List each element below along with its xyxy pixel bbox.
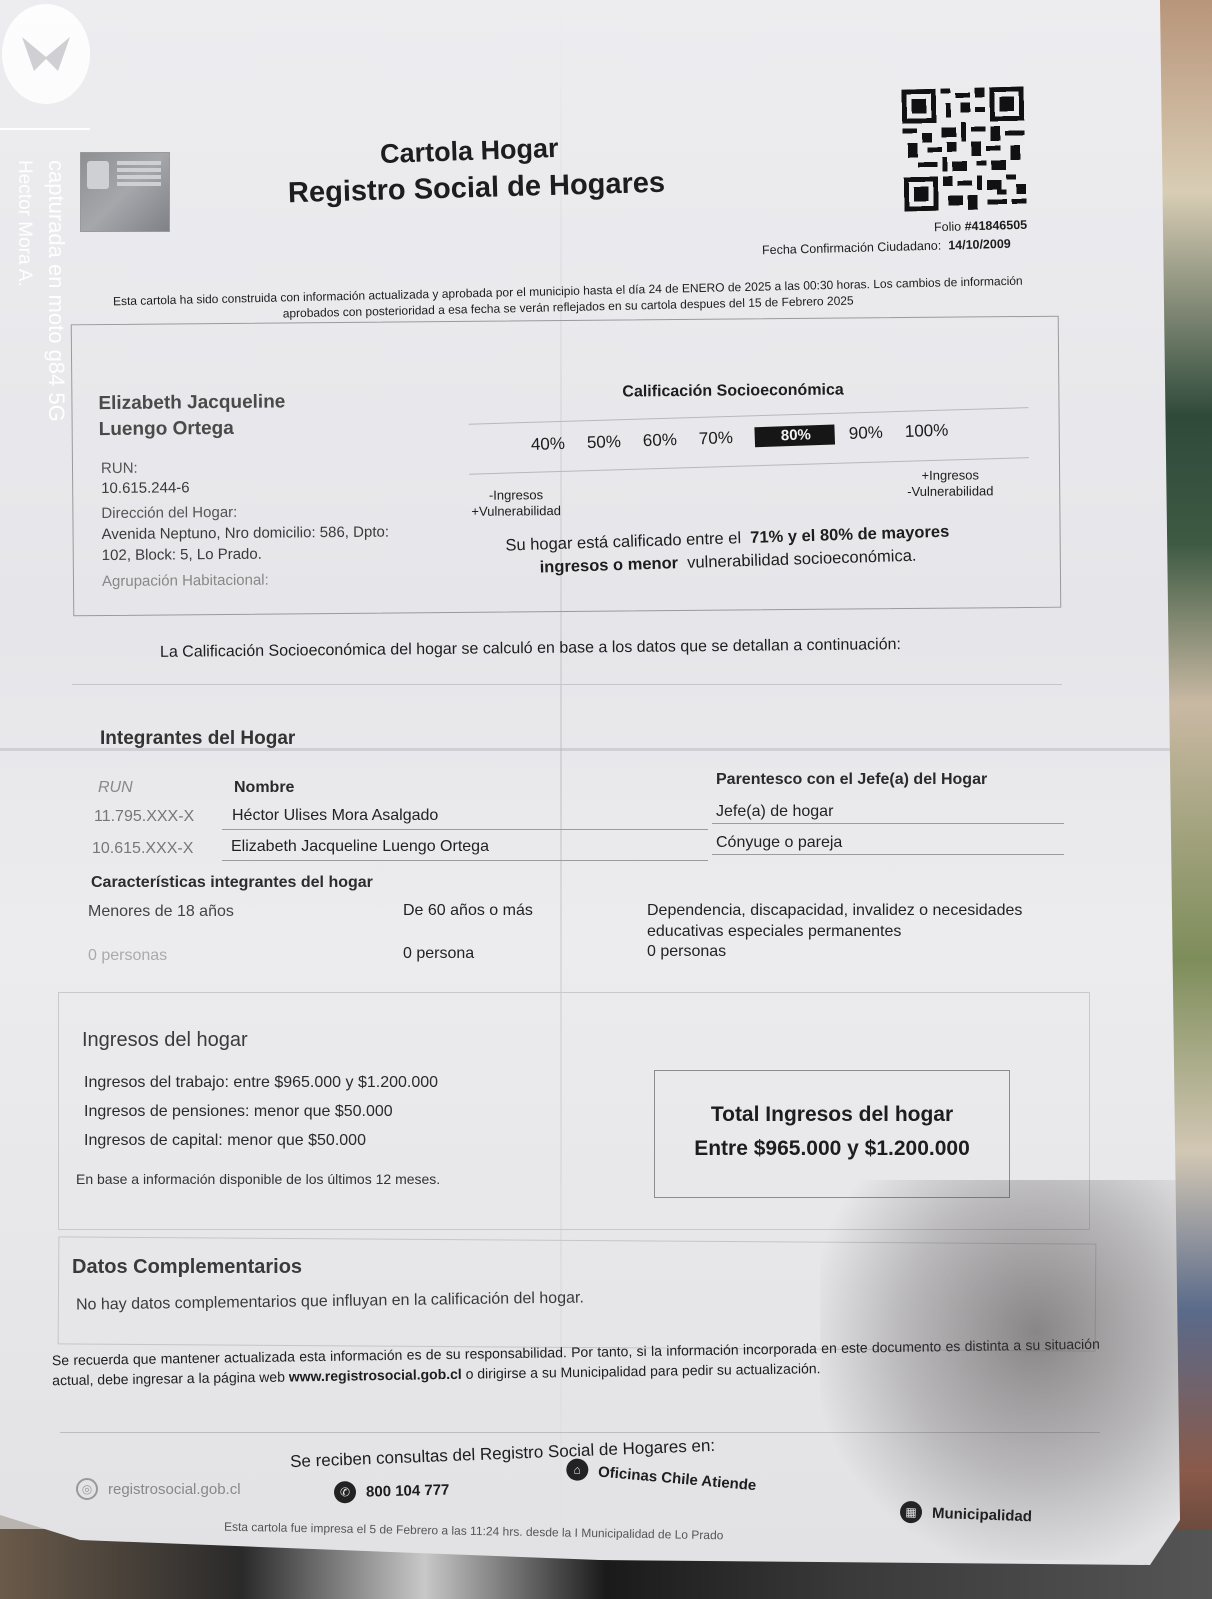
run-value: 10.615.244-6 [101,479,190,497]
calificacion-scale: 40%50%60%70%80%90%100% [531,420,971,455]
ingreso-capital: Ingresos de capital: menor que $50.000 [84,1132,366,1150]
scale-left-label: -Ingresos +Vulnerabilidad [471,487,561,520]
caracteristicas-title: Características integrantes del hogar [91,874,373,892]
divider [712,854,1064,855]
address-line-2: 102, Block: 5, Lo Prado. [102,546,262,564]
total-ingresos-title: Total Ingresos del hogar [655,1103,1009,1127]
office-icon: ⌂ [565,1458,589,1482]
ingresos-title: Ingresos del hogar [82,1029,248,1052]
address-line-1: Avenida Neptuno, Nro domicilio: 586, Dpt… [102,524,390,544]
scale-right-label: +Ingresos -Vulnerabilidad [907,467,994,500]
header-parentesco: Parentesco con el Jefe(a) del Hogar [716,771,987,789]
row-run: 11.795.XXX-X [94,808,194,826]
ministry-logo [80,152,170,232]
website-link[interactable]: www.registrosocial.gob.cl [289,1366,462,1385]
total-ingresos-box: Total Ingresos del hogar Entre $965.000 … [654,1070,1010,1198]
mayores-label: De 60 años o más [403,902,533,920]
document-title: Cartola Hogar [380,133,560,170]
confirmation-date: Fecha Confirmación Ciudadano: 14/10/2009 [762,237,1011,258]
row-nombre: Héctor Ulises Mora Asalgado [232,807,438,825]
divider [222,860,708,861]
household-summary: Elizabeth Jacqueline Luengo Ortega RUN: … [71,316,1062,617]
header-nombre: Nombre [234,779,294,797]
header-run: RUN [98,779,133,797]
fecha-label: Fecha Confirmación Ciudadano: [762,239,942,258]
complementarios-title: Datos Complementarios [72,1256,302,1279]
total-ingresos-value: Entre $965.000 y $1.200.000 [655,1137,1009,1161]
scale-selected: 80% [755,424,836,447]
motorola-logo-icon [2,4,90,104]
row-parentesco: Cónyuge o pareja [716,834,842,852]
calificacion-title: Calificación Socioeconómica [622,382,844,402]
document-subtitle: Registro Social de Hogares [288,167,666,211]
person-name: Elizabeth Jacqueline Luengo Ortega [98,389,285,443]
scale-step: 40% [531,434,566,455]
scale-step: 100% [905,420,949,442]
address-label: Dirección del Hogar: [101,504,237,522]
row-parentesco: Jefe(a) de hogar [716,803,833,821]
watermark-author: Hector Mora A. [8,160,40,422]
watermark-device: capturada en moto g84 5G [40,160,72,422]
mayores-value: 0 persona [403,945,474,963]
watermark-divider [0,128,90,130]
scale-step: 60% [643,430,678,451]
integrantes-title: Integrantes del Hogar [100,728,295,750]
ingreso-pensiones: Ingresos de pensiones: menor que $50.000 [84,1103,393,1121]
folio-value: #41846505 [964,218,1027,234]
scale-step: 50% [587,432,622,453]
dependencia-label: Dependencia, discapacidad, invalidez o n… [647,900,1067,942]
menores-label: Menores de 18 años [88,903,234,921]
channel-phone[interactable]: ✆ 800 104 777 [334,1478,450,1503]
run-label: RUN: [101,460,138,477]
folio-label: Folio [934,220,961,235]
channel-municipalidad[interactable]: ▦ Municipalidad [900,1501,1033,1528]
dependencia-value: 0 personas [647,943,726,961]
qr-code-icon [898,86,1029,211]
scale-step: 90% [849,423,884,444]
phone-icon: ✆ [334,1481,357,1504]
row-nombre: Elizabeth Jacqueline Luengo Ortega [231,838,489,856]
ingreso-trabajo: Ingresos del trabajo: entre $965.000 y $… [84,1074,438,1092]
calificacion-message: Su hogar está calificado entre el 71% y … [505,521,950,581]
scale-step: 70% [699,428,734,449]
row-run: 10.615.XXX-X [92,840,193,858]
channel-web[interactable]: ◎ registrosocial.gob.cl [76,1478,241,1500]
camera-watermark: capturada en moto g84 5G Hector Mora A. [8,160,72,422]
base-note: En base a información disponible de los … [76,1171,440,1187]
folio-number: Folio #41846505 [934,218,1027,234]
fecha-value: 14/10/2009 [948,237,1011,253]
document-paper: Cartola Hogar Registro Social de Hogares… [0,0,1180,1565]
agrupacion-label: Agrupación Habitacional: [102,572,269,590]
web-icon: ◎ [76,1478,98,1500]
menores-value: 0 personas [88,947,167,965]
building-icon: ▦ [900,1501,923,1524]
calculation-note: La Calificación Socioeconómica del hogar… [160,636,901,662]
divider [712,823,1064,824]
divider [222,829,708,830]
